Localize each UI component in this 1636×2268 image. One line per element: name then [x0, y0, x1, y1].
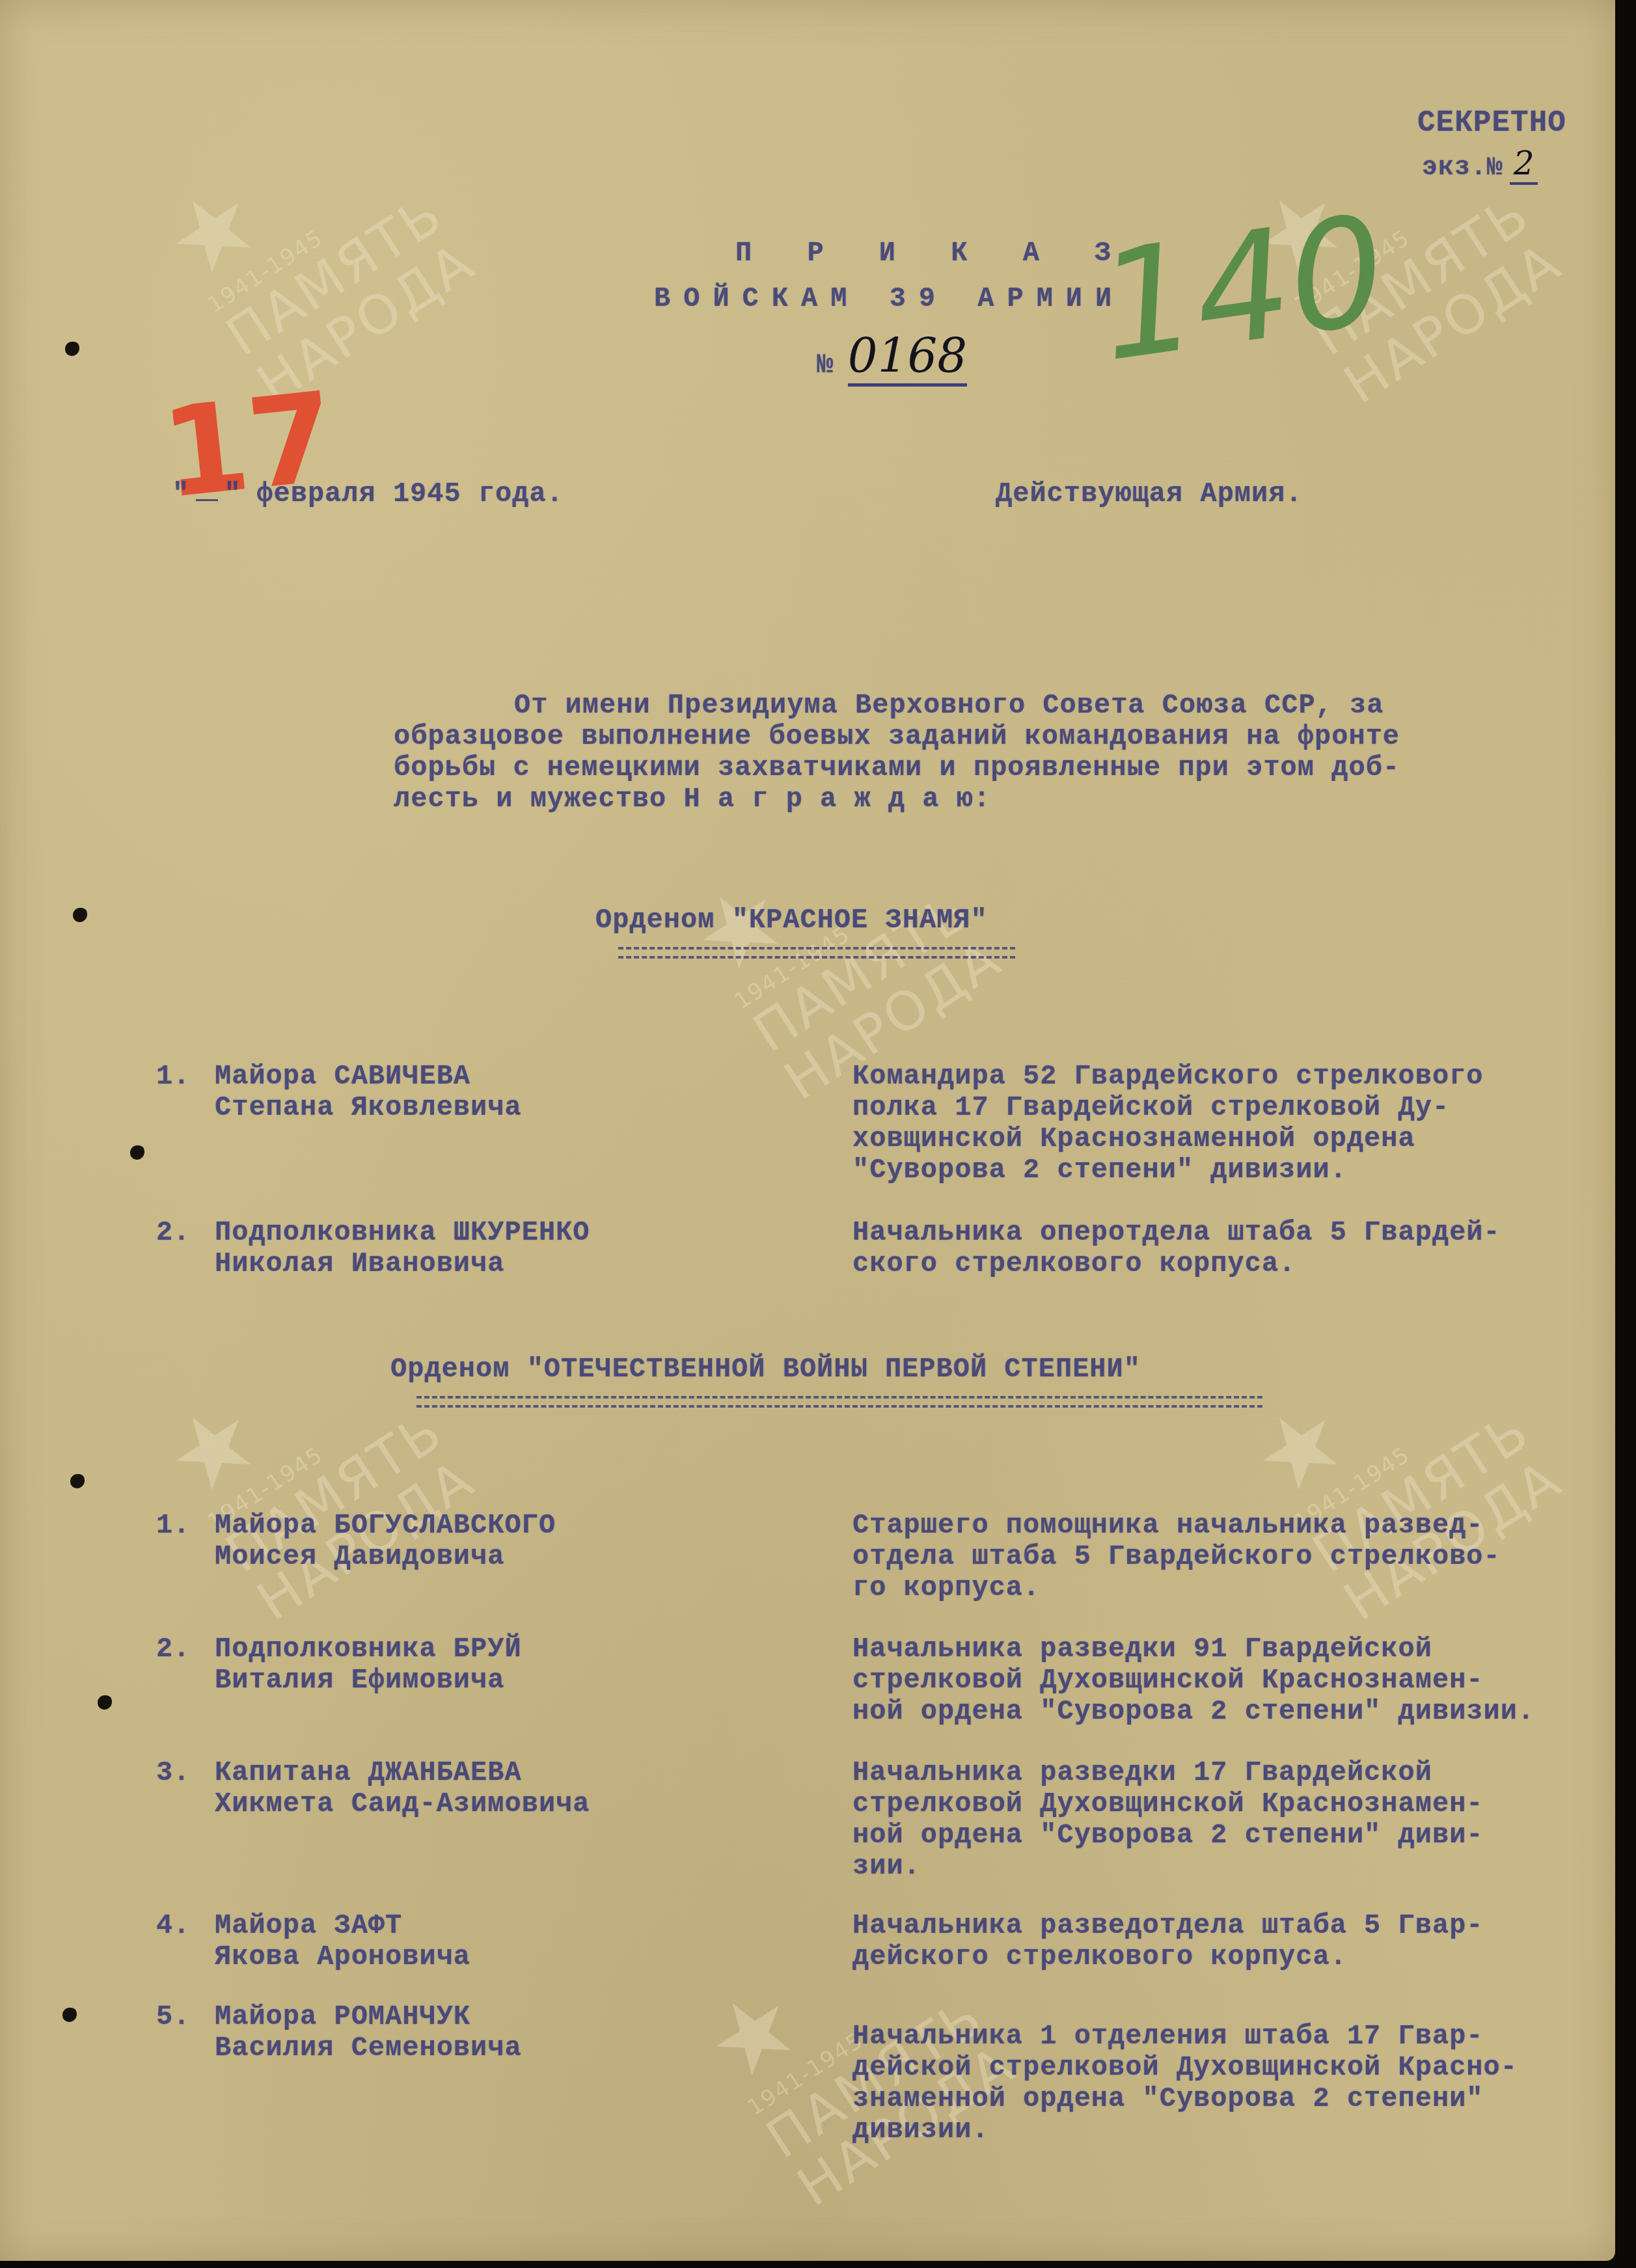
recipient-position: Старшего помощника начальника развед-	[852, 1510, 1484, 1542]
recipient-position: Начальника разведки 91 Гвардейской	[852, 1633, 1432, 1665]
recipient-position: ховщинской Краснознаменной ордена	[852, 1123, 1415, 1155]
entry-number: 3.	[156, 1757, 190, 1789]
punch-hole-mark	[130, 1145, 144, 1160]
order-number: 0168	[848, 329, 967, 387]
recipient-position: Начальника 1 отделения штаба 17 Гвар-	[852, 2021, 1484, 2053]
location-text: Действующая Армия.	[996, 478, 1303, 510]
recipient-position: ского стрелкового корпуса.	[852, 1248, 1296, 1280]
preamble-line: борьбы с немецкими захватчиками и проявл…	[394, 752, 1400, 784]
recipient-position: Начальника разведки 17 Гвардейской	[852, 1757, 1432, 1789]
entry-number: 2.	[156, 1633, 190, 1665]
date-line: " " февраля 1945 года.	[172, 478, 564, 510]
recipient-name-line1: Майора САВИЧЕВА	[215, 1061, 470, 1093]
recipient-position: отдела штаба 5 Гвардейского стрелково-	[852, 1541, 1501, 1573]
punch-hole-mark	[70, 1474, 85, 1488]
watermark-mid-left: ★ 1941-1945 ПАМЯТЬ НАРОДА	[150, 1298, 485, 1632]
recipient-name-line1: Майора БОГУСЛАВСКОГО	[215, 1510, 556, 1542]
watermark-mid-right: ★ 1941-1945 ПАМЯТЬ НАРОДА	[1236, 1298, 1572, 1632]
recipient-position: стрелковой Духовщинской Краснознамен-	[852, 1665, 1484, 1697]
heading-underline	[618, 947, 1015, 959]
classification-label: СЕКРЕТНО	[1417, 107, 1566, 139]
recipient-position: Командира 52 Гвардейского стрелкового	[852, 1061, 1484, 1093]
date-quote-close: "	[224, 478, 241, 510]
document-page: ★ 1941-1945 ПАМЯТЬ НАРОДА ★ 1941-1945 ПА…	[0, 0, 1615, 2261]
recipient-name-line2: Николая Ивановича	[215, 1248, 504, 1280]
section-heading-red-banner: Орденом "КРАСНОЕ ЗНАМЯ"	[595, 905, 988, 936]
punch-hole-mark	[73, 908, 87, 922]
punch-hole-mark	[62, 2008, 77, 2022]
recipient-position: зии.	[852, 1851, 921, 1883]
recipient-name-line2: Степана Яковлевича	[215, 1092, 522, 1124]
watermark-years: 1941-1945	[203, 163, 422, 318]
recipient-position: стрелковой Духовщинской Краснознамен-	[852, 1788, 1484, 1820]
recipient-name-line2: Якова Ароновича	[215, 1941, 470, 1973]
entry-number: 2.	[156, 1217, 190, 1249]
recipient-position: Начальника оперотдела штаба 5 Гвардей-	[852, 1217, 1501, 1249]
date-text: февраля 1945 года.	[256, 478, 564, 510]
preamble-line: От имени Президиума Верховного Совета Со…	[514, 690, 1384, 722]
watermark-top-left: ★ 1941-1945 ПАМЯТЬ НАРОДА	[150, 81, 485, 415]
recipient-name-line2: Хикмета Саид-Азимовича	[215, 1788, 590, 1820]
recipient-position: ной ордена "Суворова 2 степени" диви-	[852, 1820, 1484, 1851]
watermark-star-icon: ★	[150, 1298, 408, 1514]
recipient-position: дейской стрелковой Духовщинской Красно-	[852, 2052, 1518, 2084]
recipient-position: "Суворова 2 степени" дивизии.	[852, 1154, 1347, 1186]
copy-number: 2	[1510, 144, 1538, 185]
order-subtitle: ВОЙСКАМ 39 АРМИИ	[654, 283, 1125, 315]
watermark-star-icon: ★	[150, 81, 408, 297]
number-sign: №	[817, 349, 834, 381]
watermark-star-icon: ★	[1236, 1298, 1495, 1514]
copy-label: экз.№	[1422, 154, 1503, 183]
entry-number: 5.	[156, 2001, 190, 2033]
date-quote-open: "	[172, 478, 189, 510]
recipient-position: ной ордена "Суворова 2 степени" дивизии.	[852, 1696, 1534, 1728]
preamble-line: образцовое выполнение боевых заданий ком…	[394, 721, 1400, 753]
recipient-position: знаменной ордена "Суворова 2 степени"	[852, 2083, 1484, 2115]
heading-underline	[416, 1396, 1262, 1408]
recipient-position: дейского стрелкового корпуса.	[852, 1941, 1347, 1973]
recipient-position: дивизии.	[852, 2114, 989, 2146]
date-day-blank	[196, 499, 218, 501]
recipient-name-line2: Моисея Давидовича	[215, 1541, 504, 1573]
recipient-position: Начальника разведотдела штаба 5 Гвар-	[852, 1910, 1484, 1942]
section-heading-patriotic-war: Орденом "ОТЕЧЕСТВЕННОЙ ВОЙНЫ ПЕРВОЙ СТЕП…	[390, 1354, 1141, 1386]
watermark-years: 1941-1945	[730, 860, 949, 1015]
recipient-name-line2: Виталия Ефимовича	[215, 1665, 504, 1697]
recipient-name-line2: Василия Семеновича	[215, 2032, 522, 2064]
entry-number: 4.	[156, 1910, 190, 1942]
preamble-line: лесть и мужество Н а г р а ж д а ю:	[394, 784, 990, 815]
punch-hole-mark	[65, 342, 79, 356]
recipient-position: го корпуса.	[852, 1572, 1040, 1604]
recipient-name-line1: Капитана ДЖАНБАЕВА	[215, 1757, 522, 1789]
entry-number: 1.	[156, 1510, 190, 1542]
punch-hole-mark	[98, 1695, 112, 1710]
recipient-name-line1: Майора ЗАФТ	[215, 1910, 402, 1942]
entry-number: 1.	[156, 1061, 190, 1093]
recipient-name-line1: Майора РОМАНЧУК	[215, 2001, 470, 2033]
green-pencil-annotation: 140	[1091, 196, 1395, 384]
order-number-line: № 0168	[817, 329, 967, 383]
recipient-position: полка 17 Гвардейской стрелковой Ду-	[852, 1092, 1449, 1124]
recipient-name-line1: Подполковника БРУЙ	[215, 1633, 522, 1665]
order-title: П Р И К А З	[735, 238, 1130, 269]
copy-number-line: экз.№ 2	[1422, 144, 1538, 184]
watermark-line1: ПАМЯТЬ	[217, 185, 453, 367]
recipient-name-line1: Подполковника ШКУРЕНКО	[215, 1217, 590, 1249]
